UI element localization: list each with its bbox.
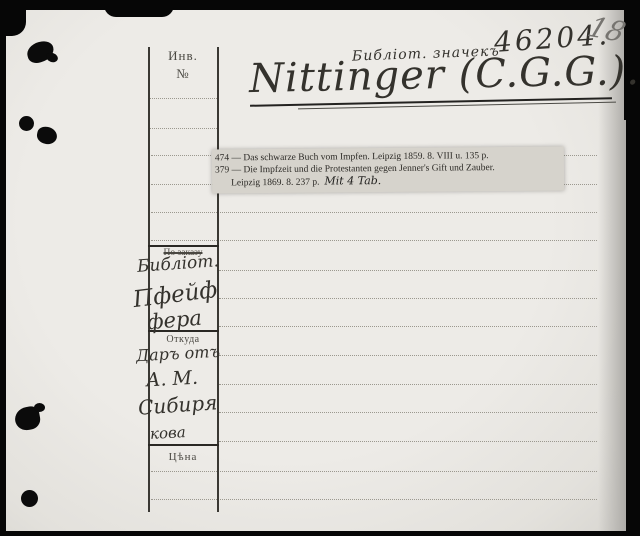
- ruled-line: [219, 441, 597, 442]
- column-rule-right: [217, 47, 219, 512]
- author-name: Nittinger (C.G.G.).: [249, 48, 640, 102]
- pasted-bibliography-slip: 474 — Das schwarze Buch vom Impfen. Leip…: [212, 146, 564, 193]
- scanned-catalog-card: Инв. № По заказу Откуда Цѣна Библіот. Пф…: [0, 0, 640, 536]
- ruled-line: [219, 326, 597, 327]
- ink-blot: [34, 403, 45, 412]
- donor-surname-part2: кова: [150, 423, 187, 443]
- slip-handwritten-note: Mit 4 Tab.: [324, 174, 381, 187]
- inventory-label-line2: №: [149, 66, 217, 82]
- ruled-line: [219, 355, 597, 356]
- price-label: Цѣна: [149, 451, 217, 463]
- donor-initials: А. М.: [145, 367, 198, 392]
- inventory-label-line1: Инв.: [149, 48, 217, 64]
- ruled-line: [150, 128, 217, 129]
- section-divider: [148, 245, 219, 247]
- ink-blot: [21, 490, 38, 507]
- ruled-line: [150, 98, 217, 99]
- donor-name-line2: фера: [146, 306, 203, 335]
- ruled-line: [219, 270, 597, 271]
- frame-top-bump: [104, 0, 174, 17]
- ink-blot: [19, 116, 34, 131]
- frame-corner-patch: [0, 0, 26, 36]
- ruled-line: [219, 412, 597, 413]
- ruled-line: [219, 384, 597, 385]
- slip-entry-imprint: Leipzig 1869. 8. 237 p.: [231, 178, 319, 189]
- ruled-line: [219, 298, 597, 299]
- slip-entry-2-continued: Leipzig 1869. 8. 237 p.Mit 4 Tab.: [215, 174, 559, 190]
- section-divider: [148, 444, 219, 446]
